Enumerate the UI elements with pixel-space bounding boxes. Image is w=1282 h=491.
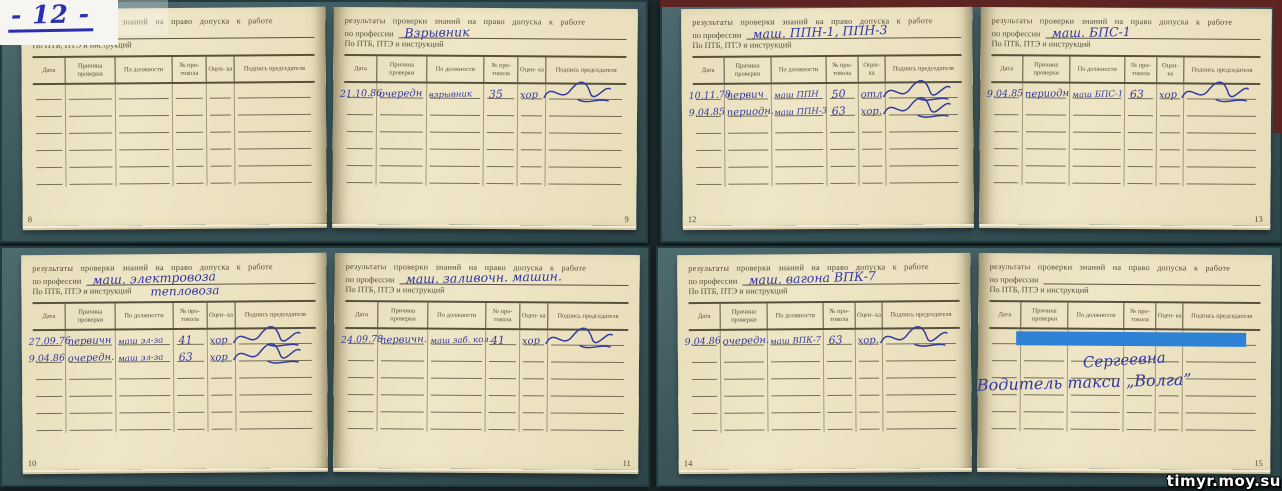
booklet-page: результаты проверки знаний на право допу… — [677, 253, 971, 470]
handwritten-grade: хор — [521, 336, 539, 348]
table-body — [33, 83, 315, 187]
cell-position — [425, 135, 483, 152]
cell-reason — [1021, 117, 1068, 134]
cell-underline — [176, 115, 203, 116]
handwritten-position: маш ППН — [773, 90, 818, 102]
table-row — [344, 363, 627, 382]
cell-position: маш ППН — [771, 84, 826, 101]
cell-underline — [177, 378, 204, 379]
cell-reason — [720, 382, 767, 399]
cell-underline — [521, 115, 542, 116]
cell-underline — [1127, 115, 1152, 116]
table-row — [689, 414, 960, 433]
cell-reason — [377, 346, 427, 363]
col-header-position: По должности — [1069, 57, 1124, 82]
cell-underline — [862, 166, 882, 167]
cell-underline — [887, 411, 957, 413]
cell-date: 9.04.86 — [33, 348, 66, 365]
col-header-position: По должности — [767, 303, 823, 328]
table-row — [689, 397, 960, 416]
cell-underline — [522, 429, 543, 430]
cell-underline — [211, 378, 232, 379]
handwritten-position: маш БПС-1 — [1071, 89, 1123, 100]
cell-date — [689, 348, 720, 365]
cell-underline — [724, 379, 764, 380]
cell-underline — [429, 166, 480, 167]
table-header-row: Дата Причина проверки По должности № про… — [33, 54, 315, 85]
cell-underline — [993, 148, 1018, 149]
cell-date — [990, 100, 1021, 117]
cell-underline — [692, 396, 717, 397]
signature-cell — [883, 397, 960, 415]
cell-reason — [66, 365, 116, 382]
table-row — [693, 134, 962, 153]
cell-underline — [381, 377, 423, 378]
cell-protocol — [1123, 135, 1155, 152]
handwritten-reason: очередн. — [723, 335, 770, 348]
col-header-reason: Причина проверки — [376, 56, 425, 81]
cell-underline — [488, 395, 515, 396]
booklet-page: результаты проверки знаний на право допу… — [21, 253, 327, 470]
handwritten-protocol: 63 — [178, 351, 193, 365]
cell-underline — [1160, 115, 1180, 116]
col-header-reason: Причина проверки — [65, 58, 114, 83]
cell-underline — [994, 114, 1019, 115]
signature-cell — [1182, 170, 1259, 188]
handwritten-reason: первич — [726, 89, 764, 102]
cell-underline — [889, 131, 959, 133]
col-header-signature: Подпись председателя — [1182, 304, 1259, 330]
cell-underline — [429, 183, 480, 184]
cell-position — [768, 398, 824, 415]
signature-cell — [235, 397, 316, 415]
cell-reason — [66, 416, 116, 433]
handwritten-date: 27.09.76 — [28, 336, 71, 349]
cell-position — [771, 152, 826, 169]
cell-reason — [724, 136, 771, 153]
cell-position — [771, 135, 826, 152]
cell-grade — [206, 135, 234, 152]
cell-underline — [522, 412, 543, 413]
cell-position — [1068, 169, 1123, 186]
cell-reason: очередн — [376, 83, 425, 100]
cell-underline — [487, 115, 514, 116]
cell-grade — [518, 415, 546, 432]
table-row: 9.04.86очередн.маш эл-за63хор — [33, 346, 316, 365]
cell-underline — [775, 183, 823, 184]
handwritten-reason: периодн. — [726, 106, 774, 119]
cell-date: 10.11.78 — [693, 85, 724, 102]
cell-underline — [211, 395, 232, 396]
instructions-text: По ПТБ, ПТЭ и инструкций — [692, 40, 791, 50]
cell-underline — [772, 429, 820, 430]
cell-position — [426, 364, 484, 381]
cell-position — [115, 152, 173, 169]
col-header-position: По должности — [770, 57, 825, 82]
cell-underline — [860, 412, 880, 413]
handwritten-protocol: 63 — [1129, 88, 1143, 101]
cell-protocol — [173, 364, 207, 381]
table-row: 9.04.85периоднмаш БПС-163хор — [991, 83, 1260, 102]
cell-reason — [1021, 100, 1068, 117]
cell-underline — [1072, 149, 1120, 150]
profession-line: по профессии маш. БПС-1 — [991, 27, 1260, 40]
cell-date — [343, 100, 375, 117]
cell-protocol: 35 — [483, 84, 517, 101]
cell-underline — [692, 413, 717, 414]
cell-underline — [522, 378, 543, 379]
cell-position — [1068, 135, 1123, 152]
cell-underline — [177, 183, 204, 184]
handwritten-grade: хор — [1158, 90, 1176, 102]
profession-blank-line: маш. заливочн. машин. — [399, 274, 628, 287]
cell-reason — [724, 119, 771, 136]
cell-date — [689, 399, 720, 416]
cell-underline — [550, 430, 624, 432]
cell-underline — [1127, 132, 1152, 133]
booklet-page: результаты проверки знаний на право допу… — [977, 253, 1271, 470]
cell-underline — [429, 115, 480, 116]
cell-grade — [858, 135, 885, 152]
cell-date — [689, 382, 720, 399]
cell-reason — [375, 168, 424, 185]
table-row — [344, 380, 627, 399]
cell-position: маш эл-за — [115, 330, 173, 347]
profession-blank-line: маш. БПС-1 — [1045, 28, 1260, 40]
handwritten-date: 9.04.85 — [689, 107, 726, 120]
page-number: 13 — [1254, 214, 1263, 224]
cell-underline — [381, 411, 423, 412]
cell-underline — [488, 429, 515, 430]
cell-grade: хор — [1156, 84, 1183, 101]
cell-underline — [69, 133, 111, 134]
page-number: 14 — [684, 458, 693, 468]
cell-underline — [549, 116, 622, 118]
handwritten-protocol: 63 — [831, 105, 846, 119]
cell-underline — [380, 148, 422, 149]
signature-cell — [882, 363, 959, 381]
cell-protocol — [173, 152, 207, 169]
col-header-position: По должности — [114, 57, 172, 82]
cell-underline — [486, 183, 513, 184]
instructions-text: По ПТБ, ПТЭ и инструкций — [345, 285, 444, 295]
booklet-spread-pages-12-13: результаты проверки знаний на право допу… — [660, 0, 1282, 243]
cell-underline — [69, 116, 111, 117]
profession-line: по профессии маш. вагона ВПК-7 — [688, 273, 959, 286]
cell-underline — [36, 167, 62, 168]
cell-underline — [380, 114, 422, 115]
signature-scribble — [542, 80, 612, 106]
signature-scribble — [232, 341, 302, 368]
cell-underline — [693, 430, 718, 431]
signature-cell — [234, 134, 314, 152]
cell-underline — [381, 360, 423, 361]
cell-position — [1068, 101, 1123, 118]
cell-grade — [207, 415, 235, 432]
col-header-position: По должности — [114, 303, 172, 328]
cell-protocol — [1123, 101, 1155, 118]
cell-position — [771, 169, 826, 186]
table-body: СергеевнаВодитель такси „Волга” — [988, 329, 1259, 433]
page-number: 9 — [624, 214, 628, 224]
instructions-line: По ПТБ, ПТЭ и инструкций — [344, 39, 626, 50]
signature-cell — [1182, 119, 1259, 137]
table-body: 9.04.85периоднмаш БПС-163хор — [990, 83, 1259, 187]
cell-protocol: 63 — [173, 347, 207, 364]
signature-cell — [1182, 136, 1259, 154]
booklet-page: результаты проверки знаний на право допу… — [681, 7, 973, 226]
cell-underline — [827, 412, 852, 413]
cell-position — [115, 118, 173, 135]
signature-cell — [234, 100, 314, 118]
cell-protocol: 63 — [823, 330, 856, 347]
cell-underline — [488, 361, 515, 362]
cell-reason — [1021, 168, 1068, 185]
cell-underline — [725, 430, 765, 431]
profession-label: по профессии — [344, 29, 393, 38]
col-header-protocol: № про- токола — [1123, 303, 1156, 328]
signature-cell — [545, 119, 625, 137]
cell-date — [990, 168, 1021, 185]
cell-underline — [36, 133, 62, 134]
table-body: 21.10.86очереднвзрывник35хор — [343, 83, 625, 187]
cell-underline — [1025, 165, 1065, 166]
cell-grade: хор — [207, 347, 235, 364]
col-header-grade: Оцен- ка — [206, 303, 234, 328]
cell-underline — [1025, 148, 1065, 149]
signature-cell — [234, 151, 314, 169]
col-header-date: Дата — [33, 58, 66, 83]
results-table: Дата Причина проверки По должности № про… — [33, 54, 316, 187]
cell-underline — [37, 184, 63, 185]
cell-position — [426, 347, 484, 364]
cell-underline — [239, 428, 313, 430]
cell-underline — [177, 412, 204, 413]
instructions-text: По ПТБ, ПТЭ и инструкций — [991, 39, 1090, 49]
table-row — [693, 168, 962, 187]
cell-underline — [1072, 166, 1120, 167]
cell-position — [426, 381, 484, 398]
cell-underline — [211, 429, 232, 430]
cell-date — [343, 151, 375, 168]
profession-label: по профессии — [688, 277, 737, 286]
handwritten-reason: периодн — [1024, 88, 1068, 100]
cell-underline — [119, 429, 170, 430]
table-row — [344, 397, 627, 416]
profession-line: по профессии маш. ППН-1, ППН-3 — [692, 27, 961, 40]
cell-underline — [487, 149, 514, 150]
col-header-protocol: № про- токола — [822, 303, 855, 328]
cell-grade — [518, 381, 546, 398]
site-watermark: timyr.moy.su — [1167, 472, 1281, 490]
cell-underline — [119, 395, 170, 396]
cell-protocol — [484, 347, 518, 364]
results-table: Дата Причина проверки По должности № про… — [988, 300, 1259, 433]
handwritten-profession: маш. ППН-1, ППН-3 — [752, 22, 888, 42]
col-header-grade: Оцен- ка — [1156, 57, 1183, 82]
cell-underline — [827, 395, 852, 396]
cell-date — [343, 168, 375, 185]
cell-reason: первичн — [65, 331, 115, 348]
cell-underline — [118, 98, 169, 99]
cell-grade — [206, 169, 234, 186]
handwritten-profession: маш. БПС-1 — [1051, 24, 1131, 41]
cell-underline — [488, 378, 515, 379]
cell-underline — [36, 379, 62, 380]
cell-grade — [1155, 118, 1182, 135]
page-slot-11: результаты проверки знаний на право допу… — [334, 254, 639, 469]
profession-label: по профессии — [32, 277, 81, 286]
cell-underline — [238, 148, 311, 150]
cell-position — [114, 101, 172, 118]
table-row: 24.09.78первичн.маш заб. кол.41хор — [345, 329, 628, 348]
handwritten-protocol: 41 — [178, 334, 193, 348]
handwritten-position: маш ППН-3 — [773, 106, 827, 118]
instructions-text: По ПТБ, ПТЭ и инструкций — [989, 285, 1088, 295]
cell-underline — [550, 396, 624, 398]
cell-underline — [830, 166, 855, 167]
cell-underline — [119, 412, 170, 413]
cell-position — [115, 364, 173, 381]
handwritten-protocol: 63 — [828, 334, 843, 348]
cell-date — [33, 365, 66, 382]
cell-reason — [376, 134, 425, 151]
handwritten-profession: маш. заливочн. машин. — [405, 269, 562, 287]
cell-protocol: 63 — [1123, 84, 1155, 101]
signature-cell — [235, 168, 315, 186]
cell-underline — [696, 167, 721, 168]
signature-cell — [235, 380, 316, 398]
cell-underline — [238, 114, 311, 116]
handwritten-position: маш эл-за — [118, 353, 164, 365]
cell-reason — [66, 136, 115, 153]
cell-underline — [36, 150, 62, 151]
col-header-reason: Причина проверки — [723, 58, 770, 83]
cell-position — [425, 169, 483, 186]
profession-label: по профессии — [989, 275, 1038, 284]
handwritten-protocol: 50 — [831, 88, 846, 102]
cell-underline — [772, 395, 820, 396]
col-header-grade: Оцен- ка — [518, 303, 546, 328]
cell-date: 9.04.86 — [689, 331, 720, 348]
cell-protocol — [484, 415, 518, 432]
cell-grade — [1156, 101, 1183, 118]
page-slot-9: результаты проверки знаний на право допу… — [333, 8, 637, 225]
cell-reason — [377, 363, 427, 380]
cell-underline — [1186, 184, 1256, 185]
cell-underline — [119, 115, 170, 116]
page-slot-10: результаты проверки знаний на право допу… — [22, 254, 327, 469]
profession-blank-line: маш. ППН-1, ППН-3 — [746, 27, 961, 40]
cell-underline — [1186, 116, 1256, 117]
cell-underline — [859, 378, 879, 379]
handwritten-date: 9.04.86 — [29, 353, 66, 366]
table-row — [343, 117, 625, 136]
signature-cell — [546, 399, 627, 417]
cell-protocol — [823, 347, 856, 364]
col-header-date: Дата — [989, 302, 1020, 327]
cell-grade — [207, 398, 235, 415]
cell-underline — [70, 379, 112, 380]
col-header-protocol: № про- токола — [172, 57, 206, 82]
table-body: 10.11.78первичмаш ППН50отл9.04.85периодн… — [693, 83, 962, 187]
signature-cell — [882, 329, 959, 347]
cell-underline — [1159, 149, 1179, 150]
instructions-line: По ПТБ, ПТЭ и инструкций — [345, 285, 628, 296]
page-title-line: результаты проверки знаний на право допу… — [989, 261, 1260, 274]
cell-grade: хор — [518, 330, 546, 347]
handwritten-profession: маш. вагона ВПК-7 — [748, 268, 876, 287]
page-number: 11 — [622, 458, 630, 468]
cell-protocol — [172, 118, 206, 135]
cell-underline — [69, 99, 111, 100]
cell-underline — [176, 98, 203, 99]
cell-underline — [486, 166, 513, 167]
cell-underline — [347, 114, 373, 115]
cell-date — [990, 117, 1021, 134]
handwritten-date: 21.10.86 — [339, 88, 382, 100]
cell-protocol — [826, 152, 858, 169]
cell-underline — [1186, 150, 1256, 151]
handwritten-grade: хор — [519, 90, 537, 102]
cell-underline — [830, 183, 855, 184]
cell-underline — [724, 413, 764, 414]
cell-underline — [887, 394, 957, 396]
cell-underline — [1159, 132, 1179, 133]
cell-protocol — [483, 118, 517, 135]
profession-line: по профессии — [989, 273, 1260, 286]
handwritten-profession-line2: тепловоза — [150, 283, 219, 299]
cell-reason: очередн. — [720, 331, 767, 348]
cell-underline — [119, 378, 170, 379]
cell-underline — [488, 412, 515, 413]
cell-underline — [886, 377, 956, 379]
col-header-signature: Подпись председателя — [234, 56, 314, 82]
col-header-reason: Причина проверки — [1022, 56, 1069, 81]
profession-label: по профессии — [345, 275, 394, 284]
page-slot-14: результаты проверки знаний на право допу… — [678, 254, 971, 469]
profession-line: по профессии Взрывник — [344, 27, 626, 40]
cell-underline — [1127, 166, 1152, 167]
cell-underline — [70, 184, 112, 185]
profession-label: по профессии — [692, 31, 741, 40]
cell-date — [344, 414, 377, 431]
profession-blank-line — [86, 27, 314, 40]
cell-reason — [720, 348, 767, 365]
cell-underline — [346, 165, 372, 166]
booklet-page: результаты проверки знаний на право допу… — [979, 7, 1271, 226]
cell-underline — [36, 116, 62, 117]
signature-cell — [544, 153, 624, 171]
cell-date — [33, 102, 65, 119]
cell-underline — [347, 394, 373, 395]
cell-reason — [375, 151, 424, 168]
cell-position: взрывник — [425, 84, 483, 101]
col-header-reason: Причина проверки — [65, 304, 115, 329]
col-header-protocol: № про- токола — [483, 57, 517, 82]
signature-cell — [544, 170, 624, 188]
cell-grade — [516, 169, 544, 186]
cell-underline — [887, 428, 957, 430]
signature-cell — [883, 380, 960, 398]
cell-position — [1068, 118, 1123, 135]
page-number: 12 — [688, 214, 697, 224]
cell-underline — [70, 396, 112, 397]
table-header-row: Дата Причина проверки По должности № про… — [989, 300, 1260, 331]
cell-date — [33, 382, 66, 399]
cell-underline — [889, 182, 959, 184]
cell-reason — [65, 119, 114, 136]
